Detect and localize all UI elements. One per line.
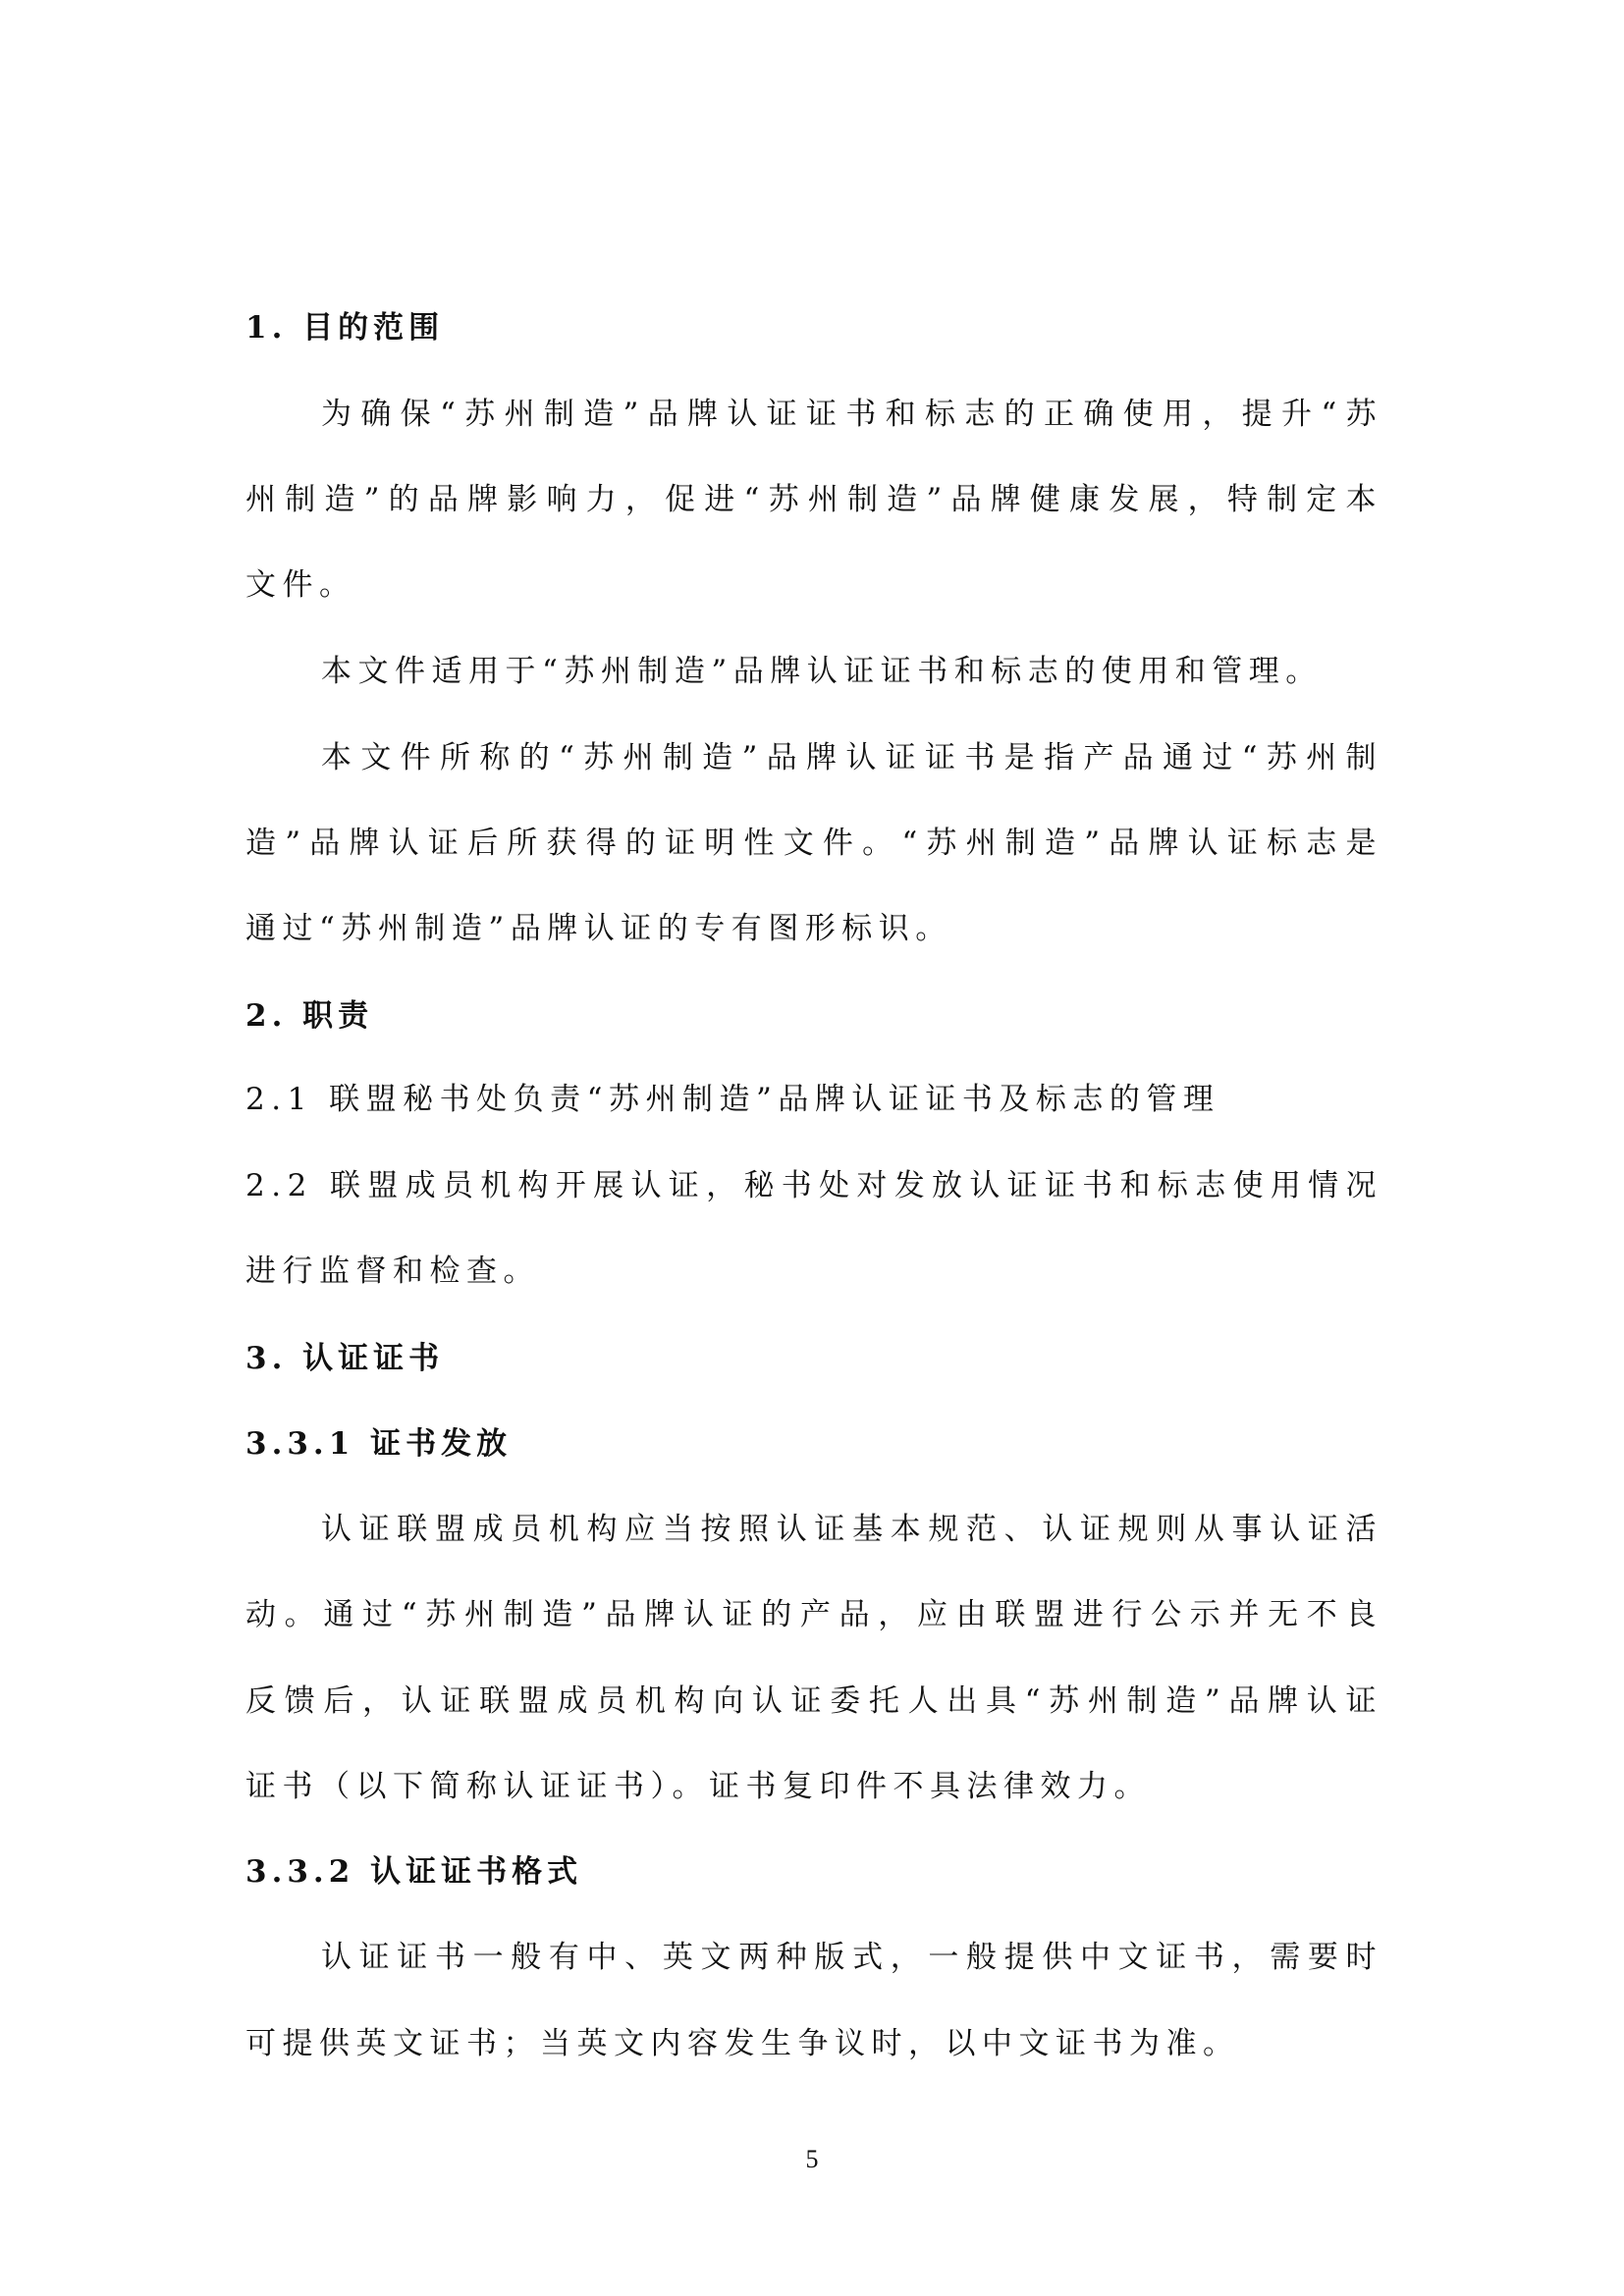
subsection-heading-certificate-format: 3.3.2 认证证书格式 bbox=[245, 1842, 1382, 1901]
paragraph-line: 文件。 bbox=[245, 556, 1382, 614]
paragraph-line: 本文件所称的“苏州制造”品牌认证证书是指产品通过“苏州制 bbox=[321, 728, 1382, 787]
list-item-line: 2.2 联盟成员机构开展认证，秘书处对发放认证证书和标志使用情况 bbox=[245, 1156, 1382, 1215]
paragraph-line: 认证证书一般有中、英文两种版式，一般提供中文证书，需要时 bbox=[321, 1928, 1382, 1987]
list-item-line: 进行监督和检查。 bbox=[245, 1242, 1382, 1301]
paragraph-line: 本文件适用于“苏州制造”品牌认证证书和标志的使用和管理。 bbox=[321, 642, 1382, 701]
paragraph-line: 认证联盟成员机构应当按照认证基本规范、认证规则从事认证活 bbox=[321, 1500, 1382, 1559]
paragraph-line: 为确保“苏州制造”品牌认证证书和标志的正确使用，提升“苏 bbox=[321, 385, 1382, 444]
subsection-heading-certificate-issuance: 3.3.1 证书发放 bbox=[245, 1415, 1382, 1473]
section-heading-certificate: 3. 认证证书 bbox=[245, 1329, 1382, 1388]
paragraph-line: 通过“苏州制造”品牌认证的专有图形标识。 bbox=[245, 899, 1382, 958]
paragraph-line: 州制造”的品牌影响力，促进“苏州制造”品牌健康发展，特制定本 bbox=[245, 470, 1382, 529]
section-heading-purpose-scope: 1. 目的范围 bbox=[245, 298, 1382, 357]
paragraph-line: 反馈后，认证联盟成员机构向认证委托人出具“苏州制造”品牌认证 bbox=[245, 1672, 1382, 1731]
paragraph-line: 动。通过“苏州制造”品牌认证的产品，应由联盟进行公示并无不良 bbox=[245, 1585, 1382, 1644]
list-item-line: 2.1 联盟秘书处负责“苏州制造”品牌认证证书及标志的管理 bbox=[245, 1070, 1382, 1129]
paragraph-line: 证书（以下简称认证证书）。证书复印件不具法律效力。 bbox=[245, 1757, 1382, 1816]
document-page: 1. 目的范围 为确保“苏州制造”品牌认证证书和标志的正确使用，提升“苏 州制造… bbox=[0, 0, 1624, 2296]
paragraph-line: 造”品牌认证后所获得的证明性文件。“苏州制造”品牌认证标志是 bbox=[245, 814, 1382, 873]
section-heading-responsibilities: 2. 职责 bbox=[245, 987, 1382, 1045]
page-number: 5 bbox=[0, 2140, 1624, 2179]
paragraph-line: 可提供英文证书；当英文内容发生争议时，以中文证书为准。 bbox=[245, 2014, 1382, 2073]
